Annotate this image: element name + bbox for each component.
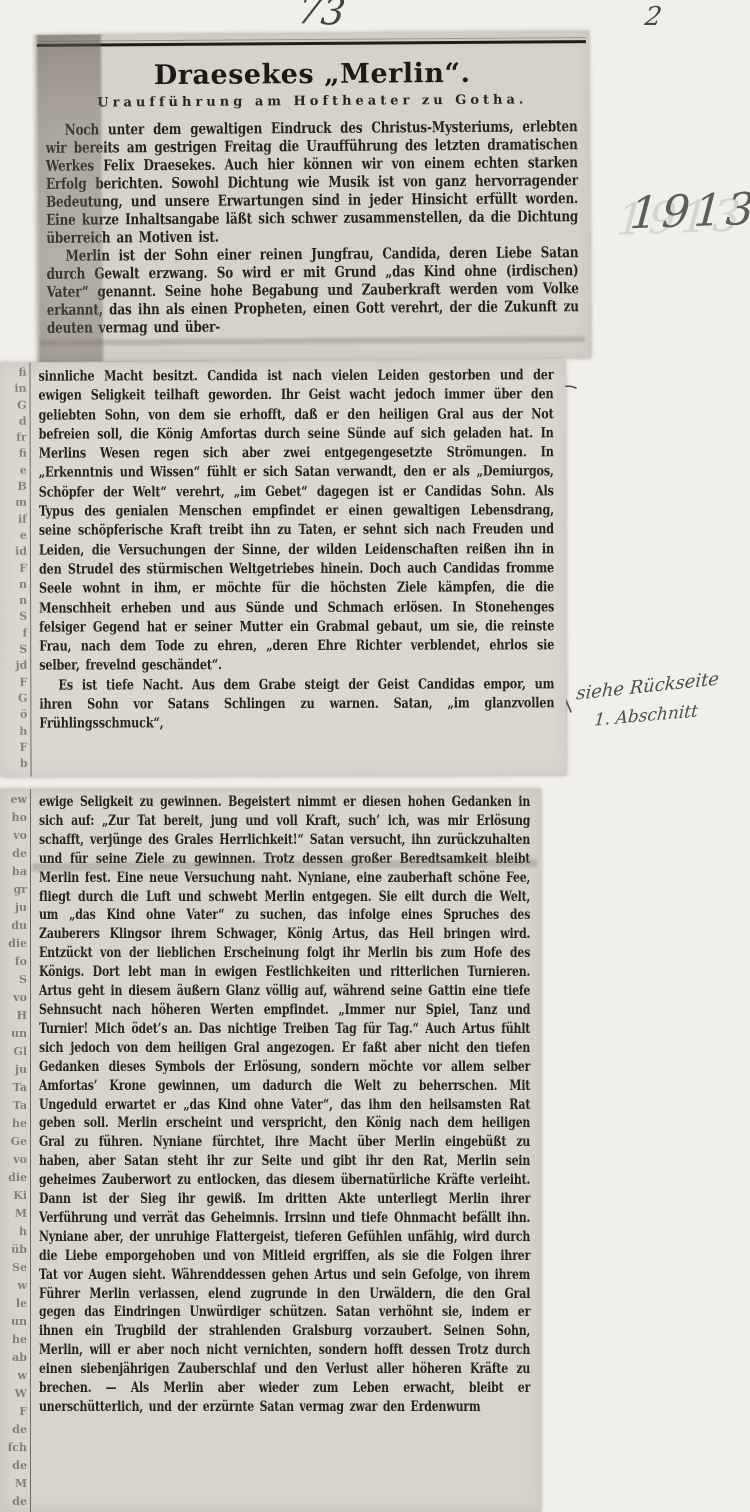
newspaper-clipping-continuation: fi in G d fr fi e B m if e id F n n S f … xyxy=(0,361,567,776)
newspaper-clipping-headline: Draesekes „Merlin“. Uraufführung am Hoft… xyxy=(35,31,591,362)
article-title: Draesekes „Merlin“. xyxy=(35,57,589,92)
newspaper-clipping-lower: ew ho vo de ha gr ju du die fo S vo H un… xyxy=(0,789,541,1512)
handwritten-page-number: 73 xyxy=(295,0,348,34)
article-paragraph: sinnliche Macht besitzt. Candida ist nac… xyxy=(38,366,554,676)
scanned-archive-page: { "page": { "handwritten_top_number": "7… xyxy=(0,0,750,1512)
handwritten-year: 1913 xyxy=(628,184,750,240)
article-paragraph: Merlin ist der Sohn einer reinen Jungfra… xyxy=(46,243,579,337)
handwritten-note-line2: 1. Abschnitt xyxy=(593,701,698,730)
torn-column-fragments: ew ho vo de ha gr ju du die fo S vo H un… xyxy=(0,789,31,1512)
torn-column-fragments: fi in G d fr fi e B m if e id F n n S f … xyxy=(0,363,32,777)
handwritten-corner-number: 2 xyxy=(643,2,664,32)
handwritten-note-line1: siehe Rückseite xyxy=(576,668,720,704)
article-body: ewige Seligkeit zu gewinnen. Begeistert … xyxy=(31,789,541,1512)
article-paragraph: Noch unter dem gewaltigen Eindruck des C… xyxy=(45,117,578,247)
article-paragraph: ewige Seligkeit zu gewinnen. Begeistert … xyxy=(39,793,530,1417)
article-paragraph: Es ist tiefe Nacht. Aus dem Grabe steigt… xyxy=(39,675,554,734)
article-subtitle: Uraufführung am Hoftheater zu Gotha. xyxy=(35,92,589,111)
article-body: Noch unter dem gewaltigen Eindruck des C… xyxy=(35,113,591,337)
article-body: sinnliche Macht besitzt. Candida ist nac… xyxy=(30,361,566,776)
